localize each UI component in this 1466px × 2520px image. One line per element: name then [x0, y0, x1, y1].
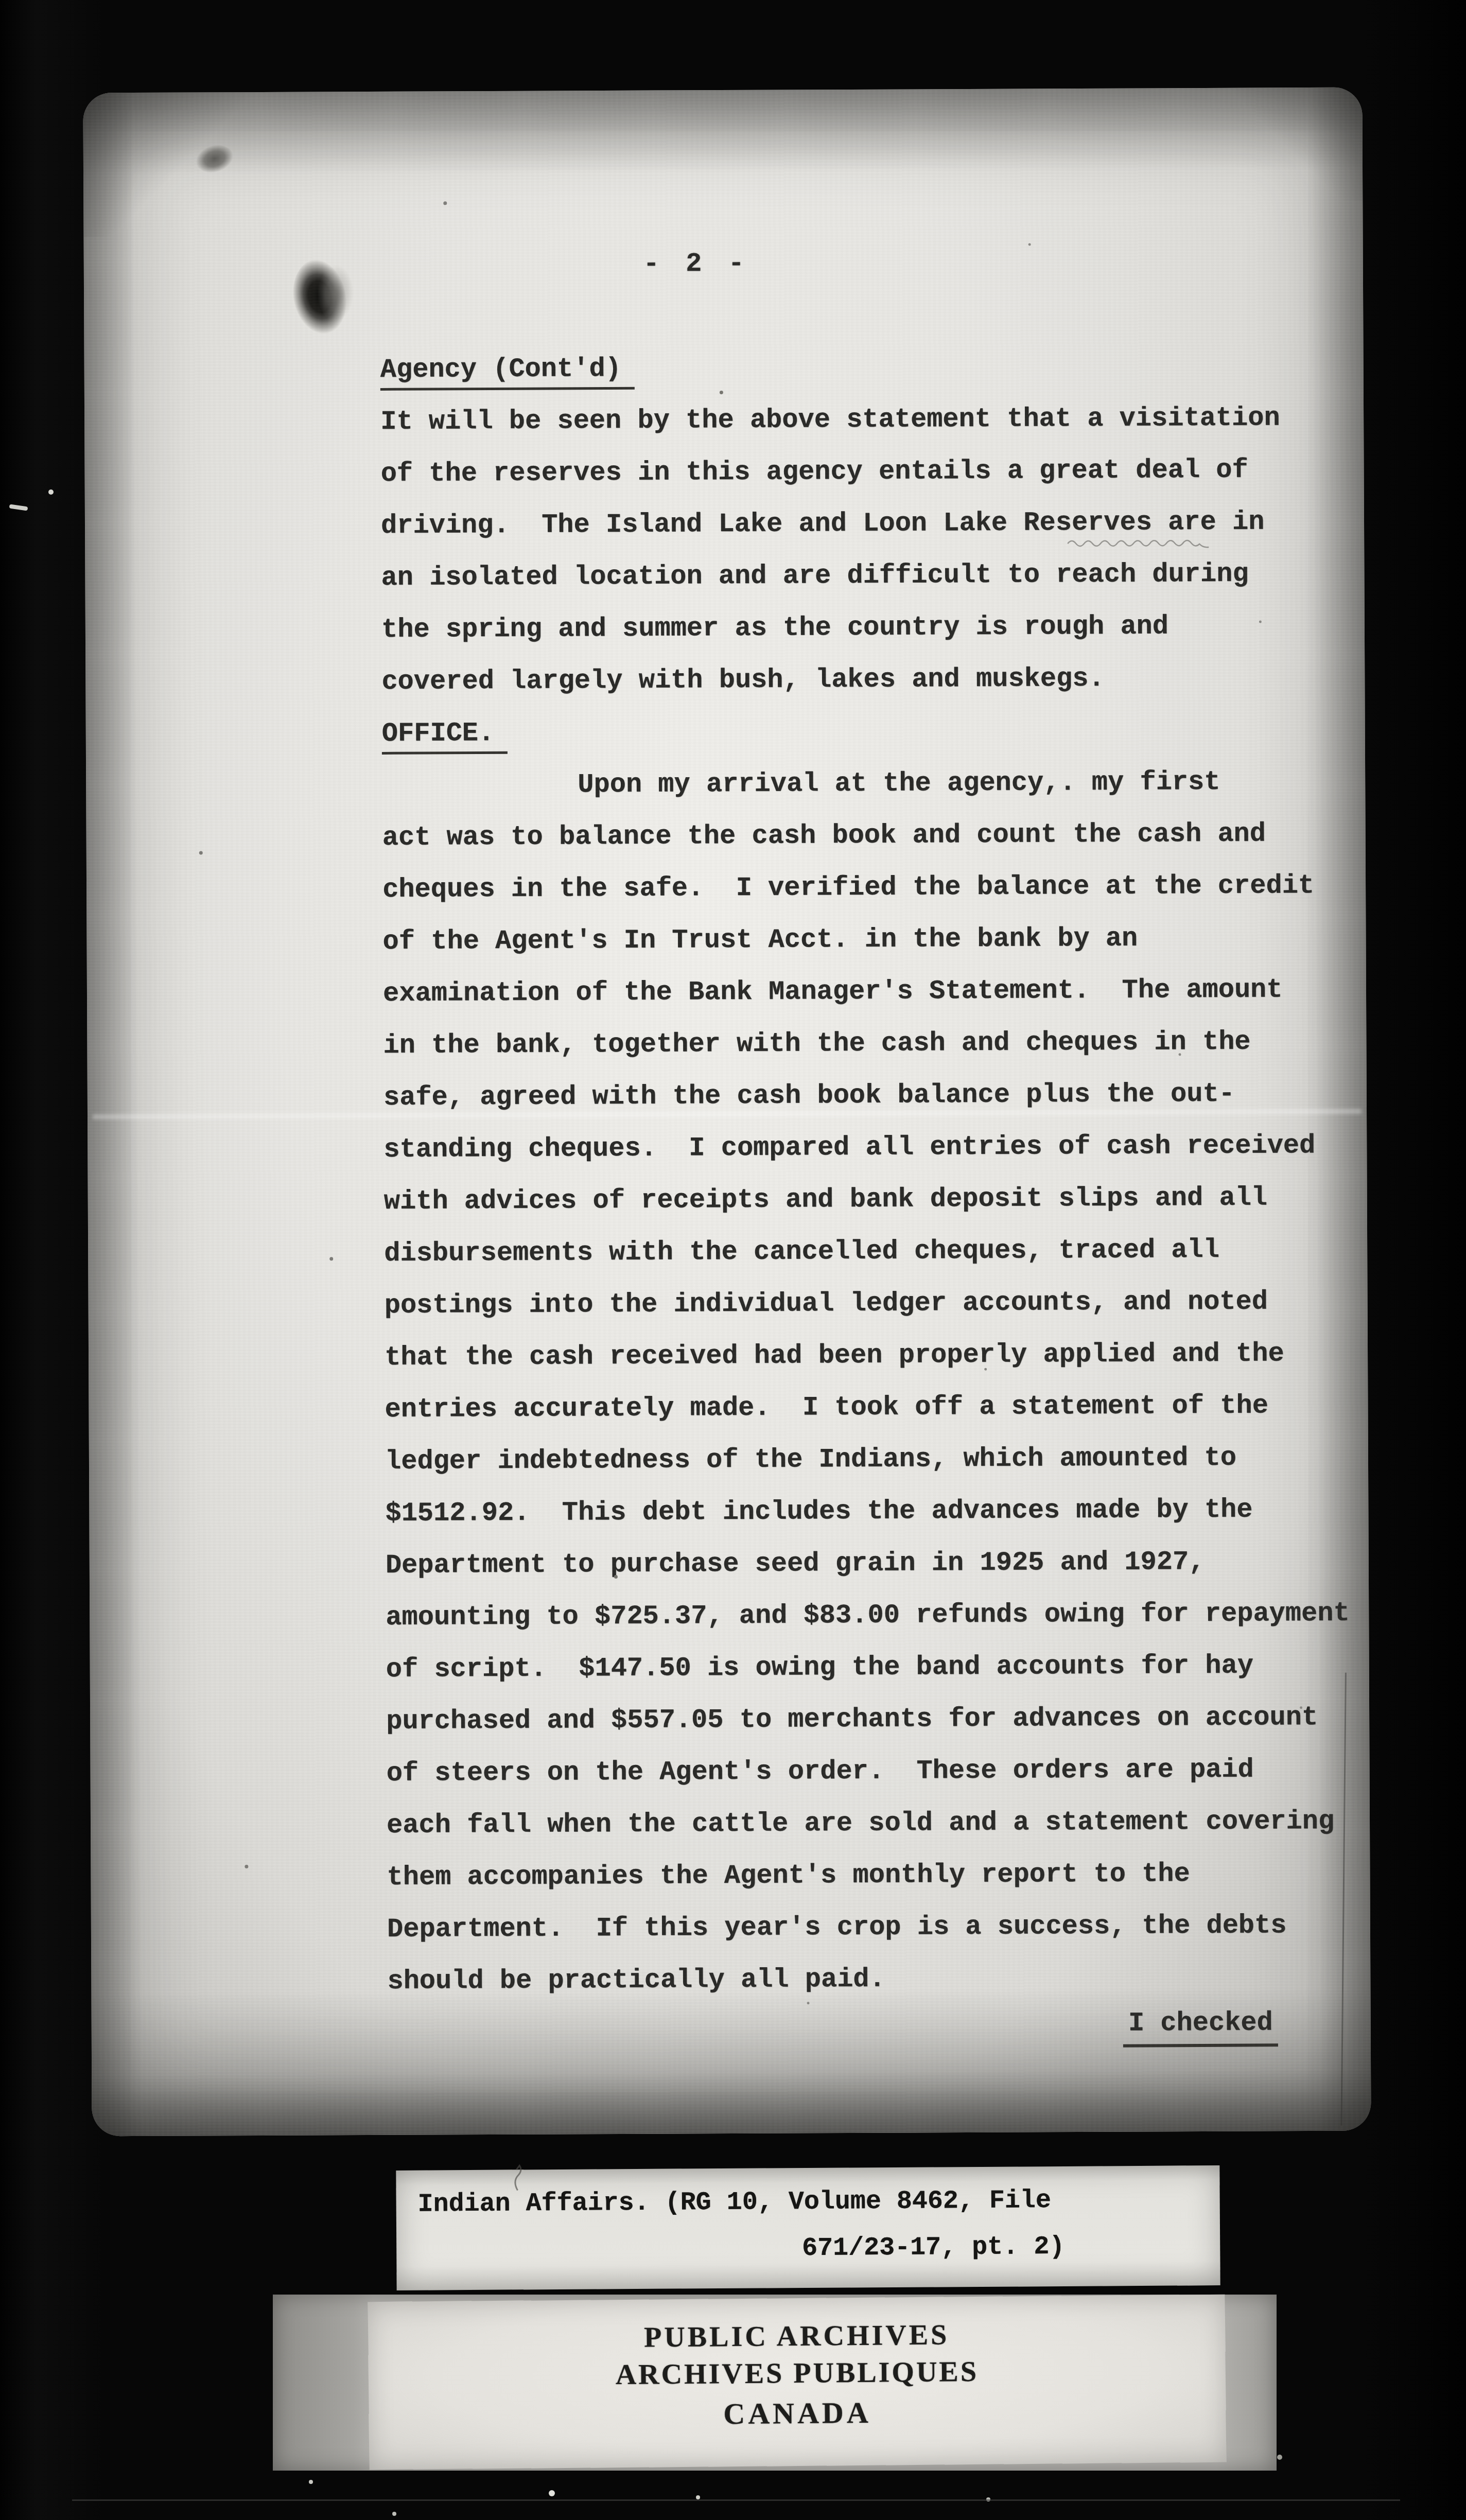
stamp-line-archives-publiques: ARCHIVES PUBLIQUES	[369, 2353, 1226, 2394]
inspector-note-text: I checked	[1123, 2007, 1278, 2047]
stamp-line-public-archives: PUBLIC ARCHIVES	[368, 2316, 1225, 2357]
typewritten-line: with advices of receipts and bank deposi…	[384, 1171, 1367, 1228]
inspector-note: I checked	[1123, 2007, 1278, 2047]
typewritten-line: amounting to $725.37, and $83.00 refunds…	[386, 1587, 1369, 1643]
stamp-line-canada: CANADA	[369, 2392, 1226, 2435]
typewritten-line: of the reserves in this agency entails a…	[380, 444, 1364, 500]
typewritten-line: It will be seen by the above statement t…	[380, 392, 1364, 448]
dust-specks	[83, 93, 85, 95]
film-dust-specks	[0, 0, 4, 4]
typewritten-line: purchased and $557.05 to merchants for a…	[386, 1691, 1369, 1747]
typewritten-line: examination of the Bank Manager's Statem…	[383, 964, 1366, 1020]
pencil-mark	[505, 2163, 528, 2192]
film-frame: - 2 - Agency (Cont'd)It will be seen by …	[0, 0, 1466, 2520]
paper-tear-hole	[286, 252, 363, 342]
document-page: - 2 - Agency (Cont'd)It will be seen by …	[83, 87, 1371, 2137]
typewritten-line: Upon my arrival at the agency,. my first	[382, 756, 1365, 812]
typewritten-line: act was to balance the cash book and cou…	[382, 808, 1365, 864]
typewritten-line: postings into the individual ledger acco…	[384, 1275, 1367, 1332]
typewritten-line: of the Agent's In Trust Acct. in the ban…	[382, 912, 1366, 968]
typewritten-line: ledger indebtedness of the Indians, whic…	[385, 1431, 1368, 1487]
typewritten-line: them accompanies the Agent's monthly rep…	[387, 1847, 1370, 1903]
archives-stamp-label: PUBLIC ARCHIVES ARCHIVES PUBLIQUES CANAD…	[368, 2295, 1227, 2470]
typewritten-line: should be practically all paid.	[387, 1951, 1370, 2007]
typewritten-line: of steers on the Agent's order. These or…	[386, 1743, 1369, 1799]
typewritten-lines: Agency (Cont'd)It will be seen by the ab…	[380, 340, 1370, 2007]
film-scratch-line	[72, 2499, 1400, 2501]
typewritten-line: the spring and summer as the country is …	[381, 600, 1365, 656]
typewritten-line: covered largely with bush, lakes and mus…	[381, 652, 1365, 708]
typewritten-line: cheques in the safe. I verified the bala…	[382, 860, 1366, 916]
typewritten-line: each fall when the cattle are sold and a…	[387, 1795, 1370, 1851]
archives-stamp-band: PUBLIC ARCHIVES ARCHIVES PUBLIQUES CANAD…	[273, 2295, 1277, 2471]
typewritten-line: Department. If this year's crop is a suc…	[387, 1899, 1370, 1955]
typewritten-line: $1512.92. This debt includes the advance…	[385, 1483, 1368, 1539]
typewritten-line: an isolated location and are difficult t…	[381, 548, 1364, 604]
reference-text-line2: 671/23-17, pt. 2)	[802, 2232, 1064, 2264]
typewritten-line: disbursements with the cancelled cheques…	[384, 1223, 1367, 1280]
page-number: - 2 -	[619, 249, 774, 280]
typewritten-line: OFFICE.	[382, 704, 1365, 760]
typewritten-line: Department to purchase seed grain in 192…	[386, 1535, 1369, 1591]
film-scratch-mark	[9, 504, 28, 511]
pencil-squiggle-mark	[1066, 535, 1235, 551]
typewritten-line: entries accurately made. I took off a st…	[385, 1379, 1368, 1436]
typewritten-line: Agency (Cont'd)	[380, 340, 1363, 396]
typewritten-line: that the cash received had been properly…	[385, 1327, 1368, 1384]
reference-label-strip: Indian Affairs. (RG 10, Volume 8462, Fil…	[396, 2165, 1220, 2290]
typewritten-line: standing cheques. I compared all entries…	[383, 1119, 1367, 1176]
typewritten-line: in the bank, together with the cash and …	[383, 1016, 1366, 1072]
corner-fold-shading-right	[1228, 87, 1363, 201]
typewritten-line: of script. $147.50 is owing the band acc…	[386, 1639, 1369, 1695]
